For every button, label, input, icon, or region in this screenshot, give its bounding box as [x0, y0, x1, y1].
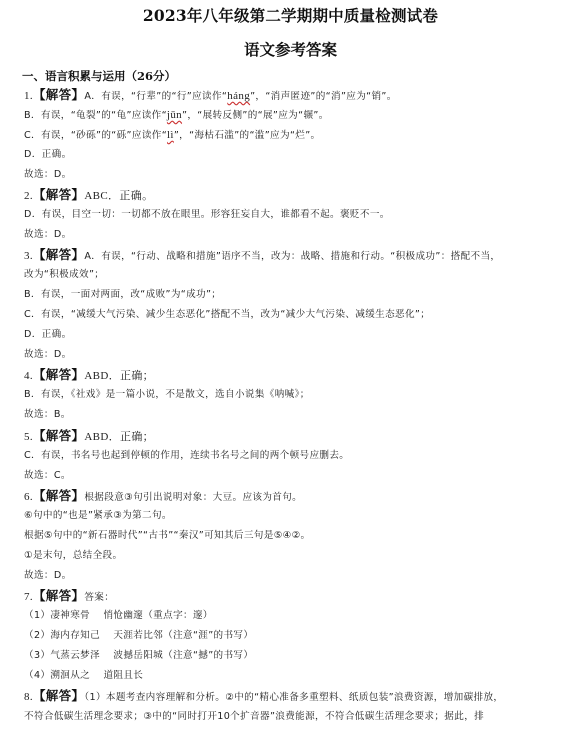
exam-title: 2023年八年级第二学期期中质量检测试卷: [0, 4, 581, 26]
pinyin: lì: [167, 129, 174, 141]
q1-choice: 故选：D。: [24, 169, 72, 181]
q6-line-c: 根据⑤句中的“新石器时代”“古书”“秦汉”可知其后三句是⑤④②。: [24, 530, 311, 542]
answer-tag: 【解答】: [33, 247, 84, 262]
q3-option-c: C．有误，“减缓大气污染、减少生态恶化”搭配不当，改为“减少大气污染、减缓生态恶…: [24, 309, 430, 321]
q7-item-4: （4）溯洄从之 道阻且长: [24, 670, 143, 682]
q2-answer-line: 2.【解答】ABC．正确。: [24, 189, 153, 203]
q6-choice: 故选：D。: [24, 570, 72, 582]
q7-item-1: （1）凄神寒骨 悄怆幽邃（重点字：邃）: [24, 610, 213, 622]
q4-option-b: B．有误，《社戏》是一篇小说，不是散文，选自小说集《呐喊》；: [24, 389, 310, 401]
q4-choice: 故选：B。: [24, 409, 71, 421]
q3-choice: 故选：D。: [24, 349, 72, 361]
answer-tag: 【解答】: [33, 187, 84, 202]
q7-item-2: （2）海内存知己 天涯若比邻（注意“涯”的书写）: [24, 630, 253, 642]
q5-choice: 故选：C。: [24, 470, 71, 482]
answer-tag: 【解答】: [33, 488, 84, 503]
q1-option-d: D．正确。: [24, 149, 72, 161]
q3-answer-cont: 改为“积极成效”；: [24, 269, 104, 281]
q1-answer-line: 1.【解答】A．有误，“行辈”的“行”应读作“háng”，“消声匿迹”的“消”应…: [24, 89, 397, 103]
q3-option-d: D．正确。: [24, 329, 72, 341]
pinyin: háng: [227, 90, 250, 102]
answer-tag: 【解答】: [33, 428, 84, 443]
q3-option-b: B．有误，一面对两面，改“成败”为“成功”；: [24, 289, 221, 301]
answer-tag: 【解答】: [33, 588, 84, 603]
q8-line-b: 不符合低碳生活理念要求；③中的“同时打开10个扩音器”浪费能源，不符合低碳生活理…: [24, 711, 484, 723]
q2-choice: 故选：D。: [24, 229, 72, 241]
question-number: 1.: [24, 90, 33, 102]
section-heading: 一、语言积累与运用（26分）: [22, 68, 176, 84]
q5-answer-line: 5.【解答】ABD．正确；: [24, 430, 154, 444]
q1-option-b: B．有误，“龟裂”的“龟”应读作“jūn”，“展转反侧”的“展”应为“辗”。: [24, 109, 329, 122]
q3-answer-line: 3.【解答】A．有误，“行动、战略和措施”语序不当，改为：战略、措施和行动。“积…: [24, 249, 500, 263]
q6-answer-line: 6.【解答】根据段意③句引出说明对象：大豆。应该为首句。: [24, 490, 302, 504]
q1-option-c: C．有误，“砂砾”的“砾”应读作“lì”，“海枯石滥”的“滥”应为“烂”。: [24, 129, 320, 142]
q8-answer-line: 8.【解答】（1）本题考查内容理解和分析。②中的“精心准备多重塑料、纸质包装”浪…: [24, 690, 503, 704]
answer-tag: 【解答】: [33, 688, 84, 703]
q5-option-c: C．有误，书名号也起到停顿的作用，连续书名号之间的两个顿号应删去。: [24, 450, 349, 462]
q2-option-d: D．有误，目空一切：一切都不放在眼里。形容狂妄自大，谁都看不起。褒贬不一。: [24, 209, 390, 221]
q6-line-b: ⑥句中的“也是”紧承③为第二句。: [24, 510, 172, 522]
q7-item-3: （3）气蒸云梦泽 波撼岳阳城（注意“撼”的书写）: [24, 650, 253, 662]
q6-line-d: ①是末句，总结全段。: [24, 550, 122, 562]
answer-tag: 【解答】: [33, 87, 84, 102]
q7-answer-line: 7.【解答】答案：: [24, 590, 114, 604]
pinyin: jūn: [167, 109, 182, 121]
answer-key-subtitle: 语文参考答案: [0, 38, 581, 60]
answer-tag: 【解答】: [33, 367, 84, 382]
q4-answer-line: 4.【解答】ABD．正确；: [24, 369, 154, 383]
